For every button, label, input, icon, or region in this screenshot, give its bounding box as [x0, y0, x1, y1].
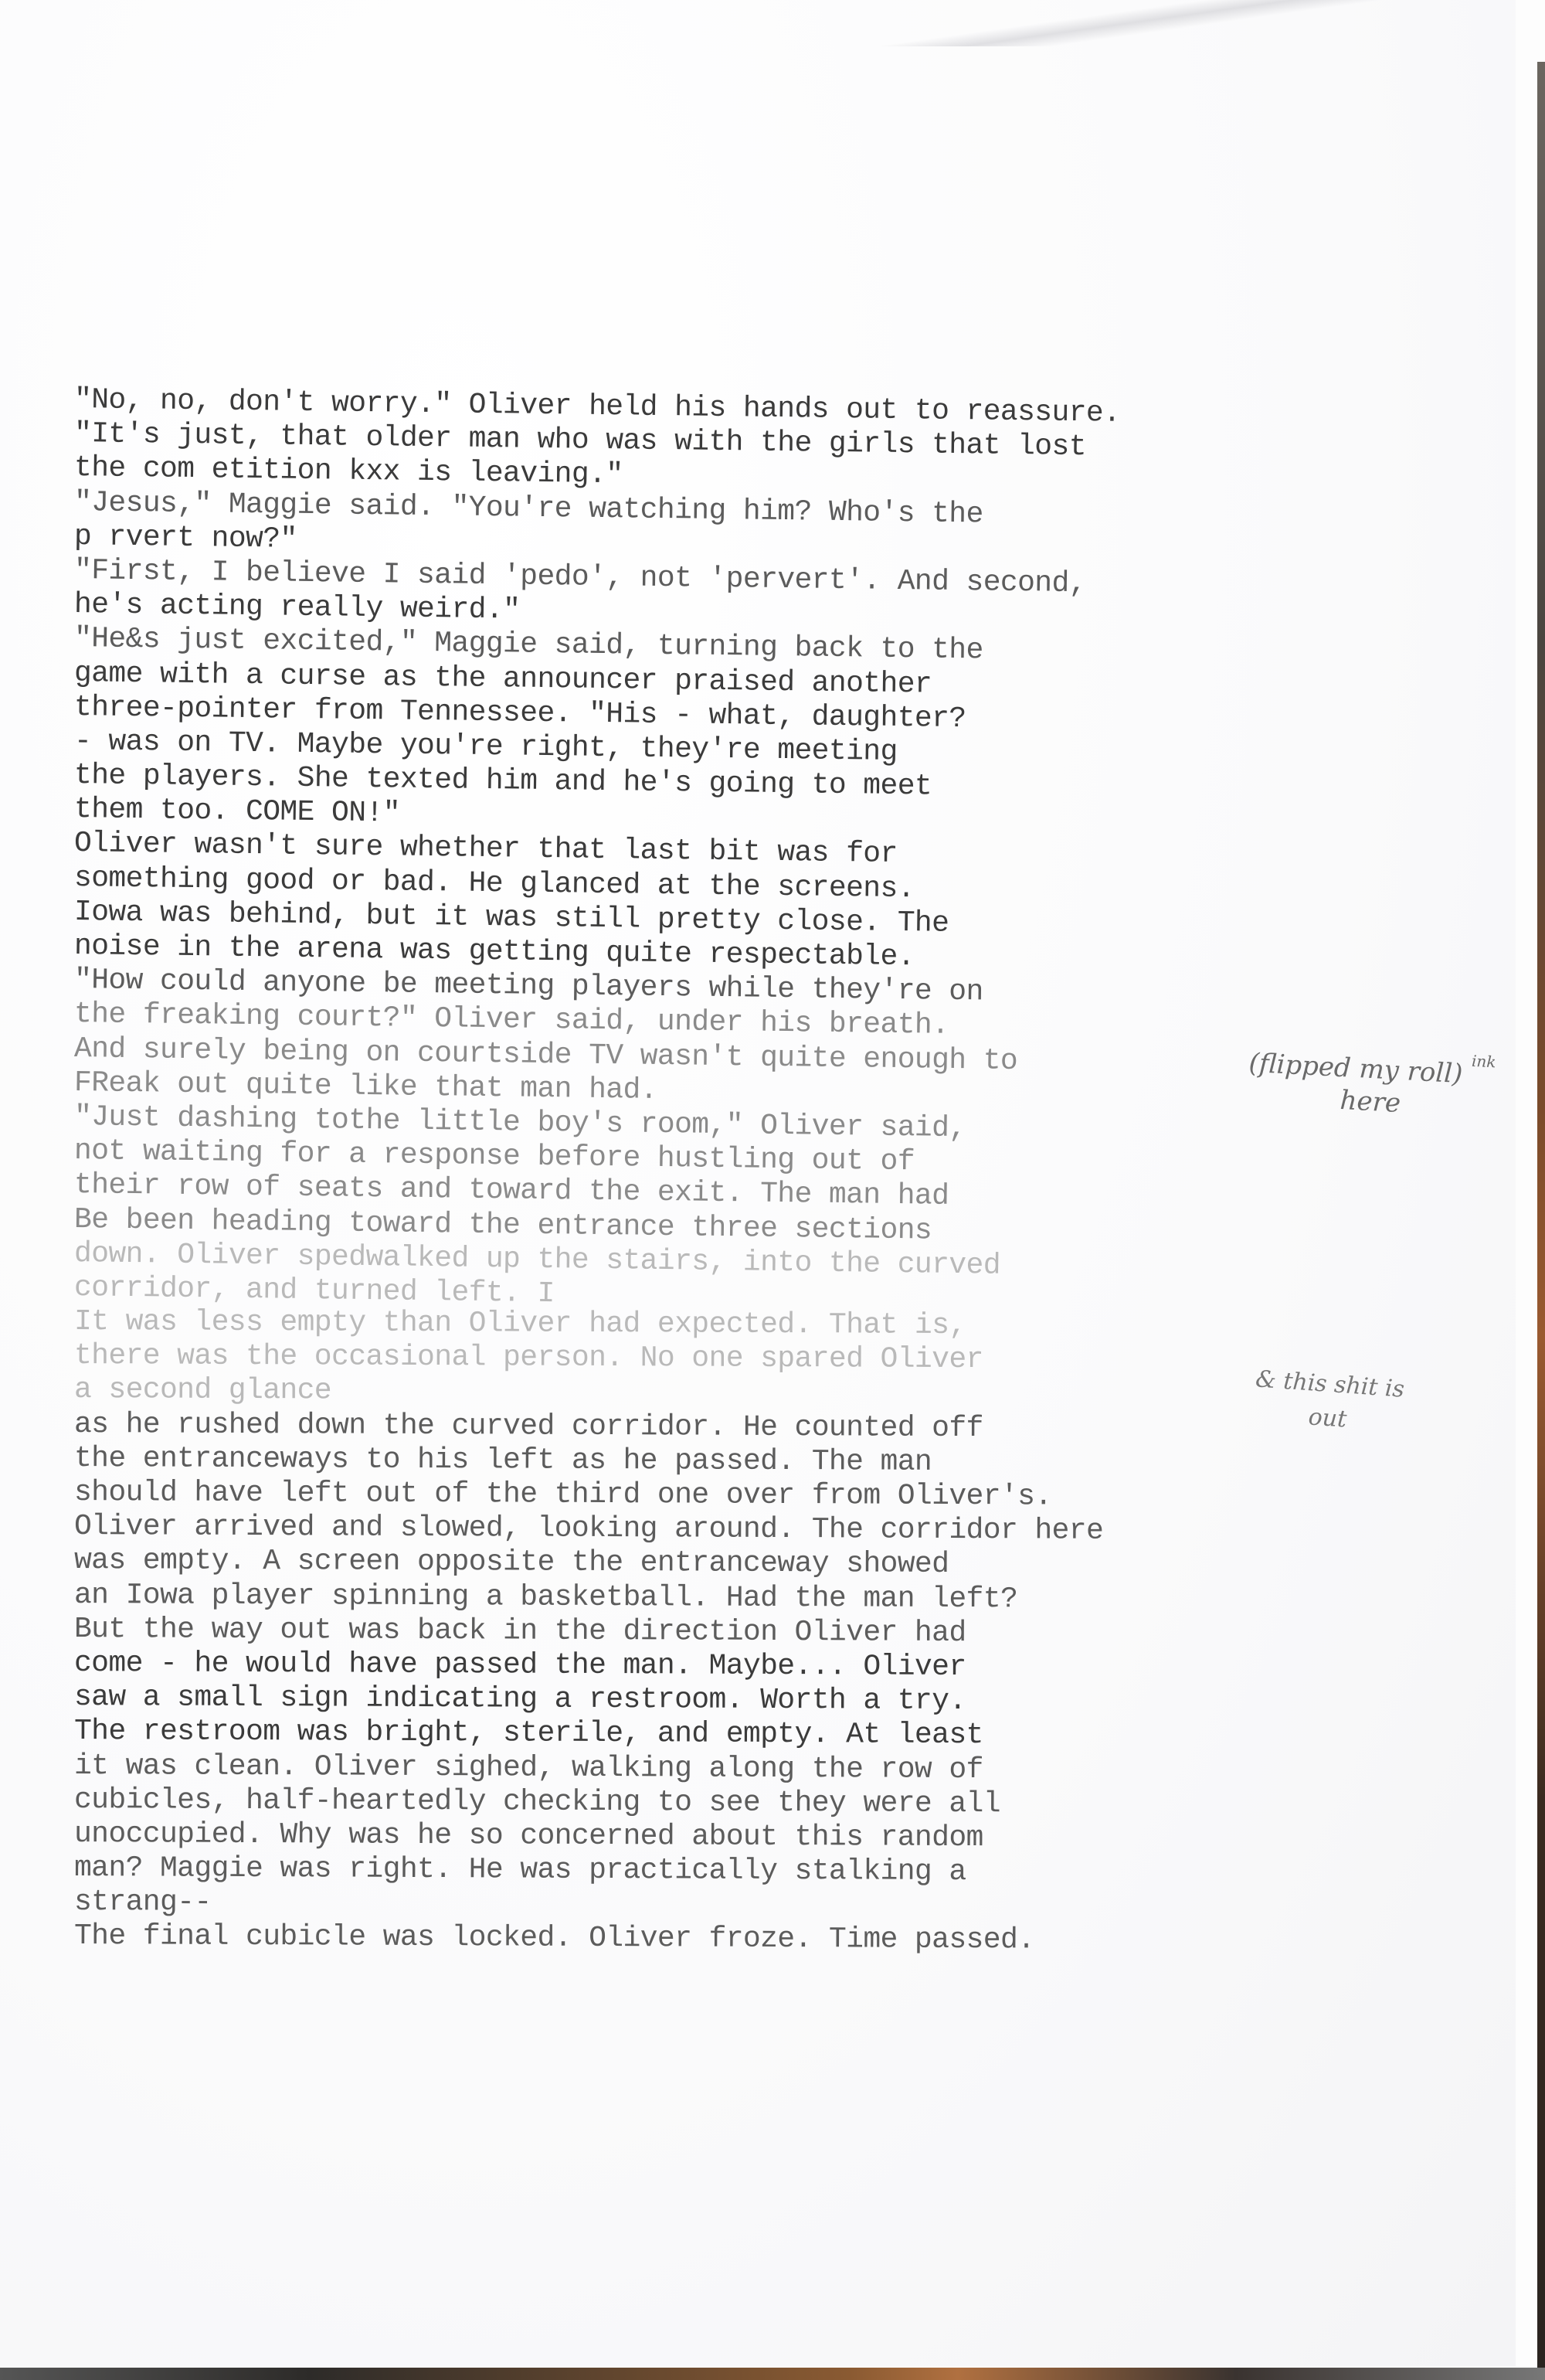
text-line: an Iowa player spinning a basketball. Ha… — [74, 1579, 1387, 1619]
text-line: The restroom was bright, sterile, and em… — [74, 1715, 1387, 1755]
paper-fold-shadow — [757, 0, 1545, 46]
paper-page: "No, no, don't worry." Oliver held his h… — [0, 0, 1516, 2366]
text-line: Oliver arrived and slowed, looking aroun… — [74, 1510, 1387, 1550]
text-line: cubicles, half-heartedly checking to see… — [74, 1783, 1387, 1824]
text-line: man? Maggie was right. He was practicall… — [74, 1851, 1387, 1892]
text-line: But the way out was back in the directio… — [74, 1613, 1387, 1653]
text-line: the entranceways to his left as he passe… — [74, 1442, 1387, 1482]
text-line: strang-- — [74, 1885, 1387, 1926]
typed-text-body: "No, no, don't worry." Oliver held his h… — [74, 383, 1387, 1954]
text-line: was empty. A screen opposite the entranc… — [74, 1544, 1387, 1584]
text-line: It was less empty than Oliver had expect… — [74, 1305, 1387, 1345]
text-line: it was clean. Oliver sighed, walking alo… — [74, 1749, 1387, 1790]
text-line: as he rushed down the curved corridor. H… — [74, 1408, 1387, 1448]
desk-surface-edge — [0, 2368, 1545, 2380]
text-line: should have left out of the third one ov… — [74, 1476, 1387, 1516]
text-line: unoccupied. Why was he so concerned abou… — [74, 1817, 1387, 1858]
desk-surface-edge — [1537, 62, 1545, 2380]
text-line: saw a small sign indicating a restroom. … — [74, 1681, 1387, 1721]
text-line: there was the occasional person. No one … — [74, 1339, 1387, 1379]
text-line: a second glance — [74, 1373, 1387, 1413]
text-line: come - he would have passed the man. May… — [74, 1647, 1387, 1687]
handwritten-insertion: ink — [1471, 1052, 1496, 1072]
text-line: The final cubicle was locked. Oliver fro… — [74, 1919, 1387, 1960]
